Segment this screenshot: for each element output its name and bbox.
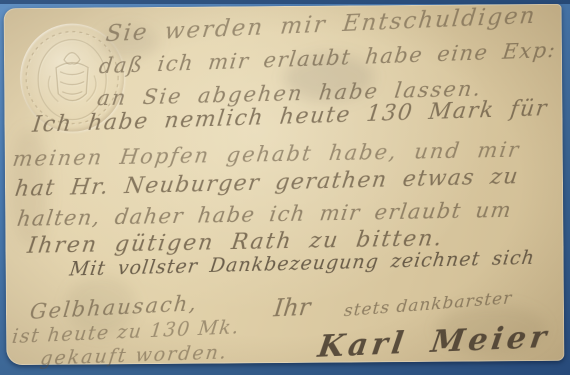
signature: Karl Meier xyxy=(316,320,553,365)
scanned-postcard-photo: Sie werden mir Entschuldigen daß ich mir… xyxy=(0,0,570,375)
postcard-paper: Sie werden mir Entschuldigen daß ich mir… xyxy=(4,4,565,365)
closing-valediction: stets dankbarster xyxy=(343,288,513,321)
handwriting-line: hat Hr. Neuburger gerathen etwas zu xyxy=(13,164,520,202)
closing-pronoun: Ihr xyxy=(272,292,312,322)
